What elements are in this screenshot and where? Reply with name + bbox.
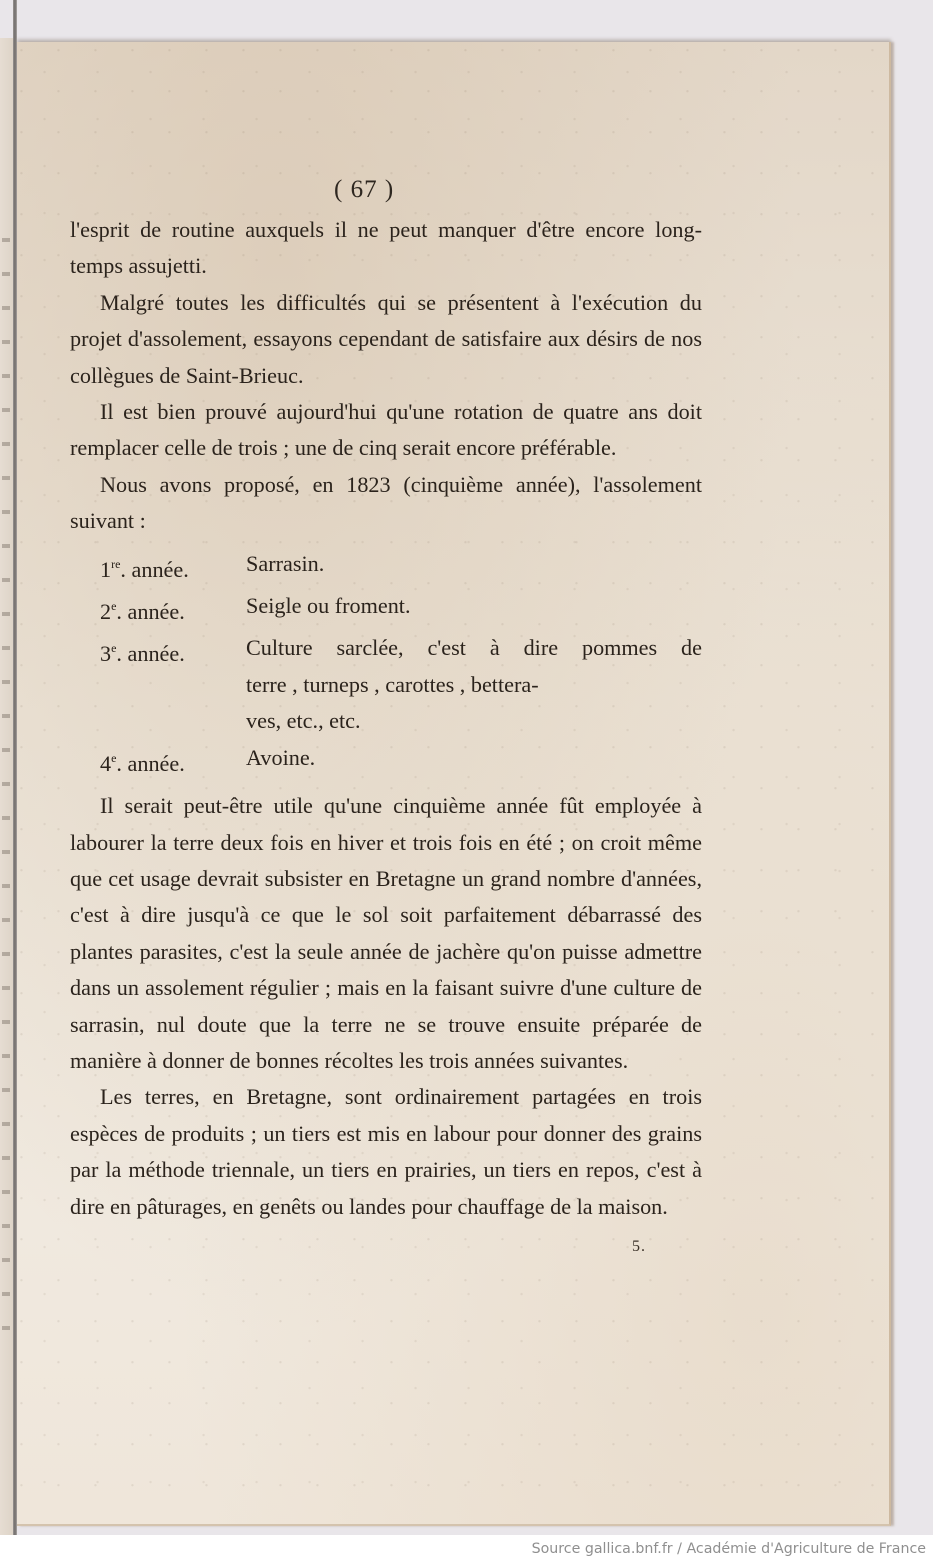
- crop-rotation-list: 1re. année. Sarrasin. 2e. année. Seigle …: [70, 546, 702, 782]
- page-body: l'esprit de routine auxquels il ne peut …: [70, 212, 702, 1225]
- paragraph: Nous avons proposé, en 1823 (cinquième a…: [70, 467, 702, 540]
- rotation-year: 3e. année.: [70, 630, 246, 739]
- paragraph: Les terres, en Bretagne, sont ordinairem…: [70, 1079, 702, 1225]
- facing-page-edge: [0, 38, 14, 1538]
- page-number: ( 67 ): [334, 176, 394, 204]
- rotation-year: 4e. année.: [70, 740, 246, 782]
- rotation-year: 1re. année.: [70, 546, 246, 588]
- rotation-year: 2e. année.: [70, 588, 246, 630]
- paragraph-continuation: l'esprit de routine auxquels il ne peut …: [70, 212, 702, 285]
- rotation-crop: Sarrasin.: [246, 546, 702, 588]
- rotation-row: 2e. année. Seigle ou froment.: [70, 588, 702, 630]
- rotation-crop: Seigle ou froment.: [246, 588, 702, 630]
- rotation-row: 3e. année. Culture sarclée, c'est à dire…: [70, 630, 702, 739]
- signature-mark: 5.: [632, 1238, 646, 1256]
- facing-page-text-fragments: [2, 238, 10, 1338]
- paragraph: Il est bien prouvé aujourd'hui qu'une ro…: [70, 394, 702, 467]
- paragraph: Il serait peut-être utile qu'une cinquiè…: [70, 788, 702, 1079]
- source-attribution: Source gallica.bnf.fr / Académie d'Agric…: [532, 1541, 926, 1557]
- rotation-crop: Avoine.: [246, 740, 702, 782]
- rotation-row: 1re. année. Sarrasin.: [70, 546, 702, 588]
- rotation-crop: Culture sarclée, c'est à dire pommes de …: [246, 630, 702, 739]
- paragraph: Malgré toutes les difficultés qui se pré…: [70, 285, 702, 394]
- rotation-row: 4e. année. Avoine.: [70, 740, 702, 782]
